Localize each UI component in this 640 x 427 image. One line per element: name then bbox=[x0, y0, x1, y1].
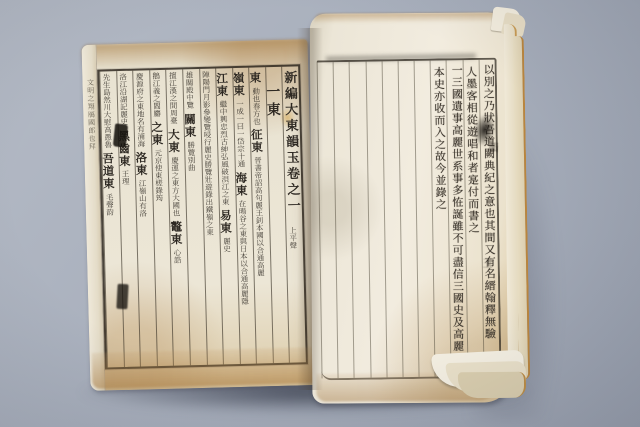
annotation-text: 勝覽別曲 bbox=[187, 141, 197, 171]
book-gutter-shadow bbox=[297, 28, 323, 390]
annotation-text: 王理 bbox=[121, 170, 130, 185]
entry-headword: 東 bbox=[248, 71, 262, 84]
fold-edge-text: 文明之翔鴈國郎也拜 bbox=[82, 45, 98, 151]
annotation-text: 擅江漢之間周臺 bbox=[168, 72, 178, 125]
entry-headword: 吾道東 bbox=[101, 152, 116, 190]
ink-mark bbox=[113, 123, 128, 147]
left-page-bottom-stain bbox=[92, 347, 315, 389]
printed-text-frame: 新編大東韻玉卷之一上平聲一東東動也春方也征東晉書帝詔高句麗王釗本國以合通高麗嶺東… bbox=[97, 64, 308, 369]
manuscript-text: 本史亦收而入之故今並錄之 bbox=[432, 66, 447, 210]
entry-headword: 大東 bbox=[167, 128, 182, 153]
annotation-text: 心誥 bbox=[173, 248, 182, 263]
left-page: 文明之翔鴈國郎也拜 新編大東韻玉卷之一上平聲一東東動也春方也征東晉書帝詔高句麗王… bbox=[82, 39, 317, 391]
annotation-text: 繼中興忠烈古紳弘風破浿江之東 bbox=[219, 100, 231, 205]
page-corner-stack bbox=[458, 372, 526, 399]
right-page-top-stain bbox=[314, 12, 504, 23]
annotation-text: 雄關殿中覽 bbox=[185, 71, 195, 109]
entry-headword: 洛東 bbox=[134, 151, 149, 176]
fore-edge-glyph: 玉 bbox=[478, 258, 493, 271]
annotation-text: 晉書帝詔高句麗王釗本國以合通高麗 bbox=[253, 156, 265, 276]
entry-headword: 關東 bbox=[183, 113, 198, 138]
manuscript-text: 一三國遺事高麗世系事多恠誕雖不可盡信三國史及高麗 bbox=[448, 64, 466, 352]
ink-mark bbox=[116, 284, 128, 310]
annotation-text: 慶源府之東地名有浦海 bbox=[135, 72, 146, 147]
entry-headword: 鼇東 bbox=[169, 220, 184, 245]
annotation-text: 洛江沿湖記麗史 bbox=[118, 73, 128, 126]
right-page: 以別之乃狀吾道闕典紀之意也其間又有名縉翰釋無驗人墨客相從遊唱和者寔付而書之一三國… bbox=[310, 12, 511, 403]
manuscript-text: 人墨客相從遊唱和者寔付而書之 bbox=[464, 66, 480, 234]
annotation-text: 江嶺山有洛 bbox=[138, 179, 148, 217]
entry-headword: 征東 bbox=[250, 128, 265, 153]
annotation-text: 慶運之東方大國也 bbox=[170, 156, 181, 216]
annotation-text: 動也春方也 bbox=[252, 87, 262, 125]
annotation-text: 麗史 bbox=[222, 237, 231, 252]
annotation-text: 陣陽門月影參變覽唚行麗史勝覽壯遊錄出鐵嶺之東 bbox=[201, 71, 214, 236]
annotation-text: 鵝江義之閻麝 bbox=[152, 72, 162, 117]
annotation-text: 毛聲韵 bbox=[105, 193, 115, 216]
entry-headword: 嶺東 bbox=[232, 72, 246, 97]
photo-backdrop: 文明之翔鴈國郎也拜 新編大東韻玉卷之一上平聲一東東動也春方也征東晉書帝詔高句麗王… bbox=[0, 0, 640, 427]
fore-edge-glyph: 韻 bbox=[484, 141, 500, 152]
annotation-text: 在暘谷之東與日本以合通高麗隱 bbox=[238, 199, 250, 304]
annotation-text: 先生島然川大慰高愚魯 bbox=[102, 73, 113, 148]
manuscript-text: 以別之乃狀吾道闕典紀之意也其間又有名縉翰釋無驗 bbox=[480, 64, 497, 340]
rhyme-section-heading: 一東 bbox=[265, 84, 281, 120]
annotation-text: 元京使東槎錄筠 bbox=[154, 149, 164, 202]
annotation-text: 一成一曰一岱宗十通 bbox=[235, 100, 246, 168]
entry-headword: 易東 bbox=[219, 209, 234, 234]
ruled-columns: 以別之乃狀吾道闕典紀之意也其間又有名縉翰釋無驗人墨客相從遊唱和者寔付而書之一三國… bbox=[317, 58, 502, 381]
entry-headword: 江東 bbox=[215, 72, 229, 97]
entry-headword: 海東 bbox=[234, 171, 249, 196]
entry-headword: 之東 bbox=[150, 121, 165, 146]
